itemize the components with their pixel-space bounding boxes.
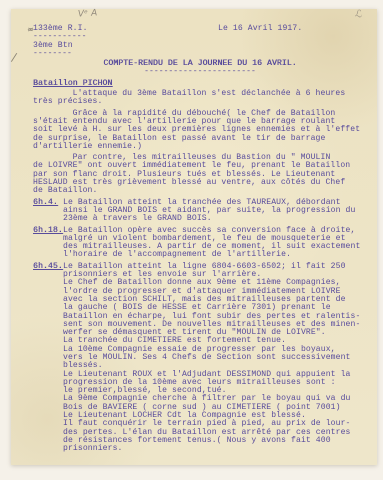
document-header: 133ème R.I. Le 16 Avril 1917. ----------… xyxy=(33,25,367,58)
scan-background: { "header": { "unit": "133ème R.I.", "un… xyxy=(0,0,383,480)
title-block: COMPTE-RENDU DE LA JOURNEE DU 16 AVRIL. … xyxy=(33,60,367,77)
timeline-entry: 6h.18. Le Bataillon opère avec succès sa… xyxy=(33,227,367,260)
paragraph-machineguns: Par contre, les mitrailleuses du Bastion… xyxy=(33,154,367,195)
battalion-number: 3ème Btn xyxy=(33,42,367,50)
paragraph-barrage: Grâce à la rapidité du débouché( le Chef… xyxy=(33,110,367,151)
typed-rule-battalion: -------- xyxy=(33,50,367,58)
paragraph-attack: L'attaque du 3ème Bataillon s'est déclan… xyxy=(33,90,367,107)
section-heading: Bataillon PICHON xyxy=(33,80,112,88)
typed-rule-title: ----------------------- xyxy=(33,68,367,76)
entry-text: Le Bataillon atteint la tranchée des TAU… xyxy=(63,199,367,224)
section-heading-row: Bataillon PICHON xyxy=(33,77,367,88)
timeline-entry: 6h.4. Le Bataillon atteint la tranchée d… xyxy=(33,199,367,224)
typed-rule-unit: ----------- xyxy=(33,33,367,41)
document-date: Le 16 Avril 1917. xyxy=(218,25,302,33)
entry-text: Le Bataillon atteint la ligne 6804-6603-… xyxy=(63,263,367,454)
entry-time: 6h.4. xyxy=(33,199,63,207)
entry-text: Le Bataillon opère avec succès sa conver… xyxy=(63,227,367,260)
document-page: Vᵉ A ℒ ≠ / 133ème R.I. Le 16 Avril 1917.… xyxy=(11,9,377,465)
pencil-annotation-corner: ℒ xyxy=(354,11,362,20)
timeline-entry: 6h.45. Le Bataillon atteint la ligne 680… xyxy=(33,263,367,454)
entry-time: 6h.18. xyxy=(33,227,63,235)
entry-time: 6h.45. xyxy=(33,263,63,271)
pencil-annotation-slash: / xyxy=(12,54,17,63)
pencil-annotation-top: Vᵉ A xyxy=(78,9,98,19)
